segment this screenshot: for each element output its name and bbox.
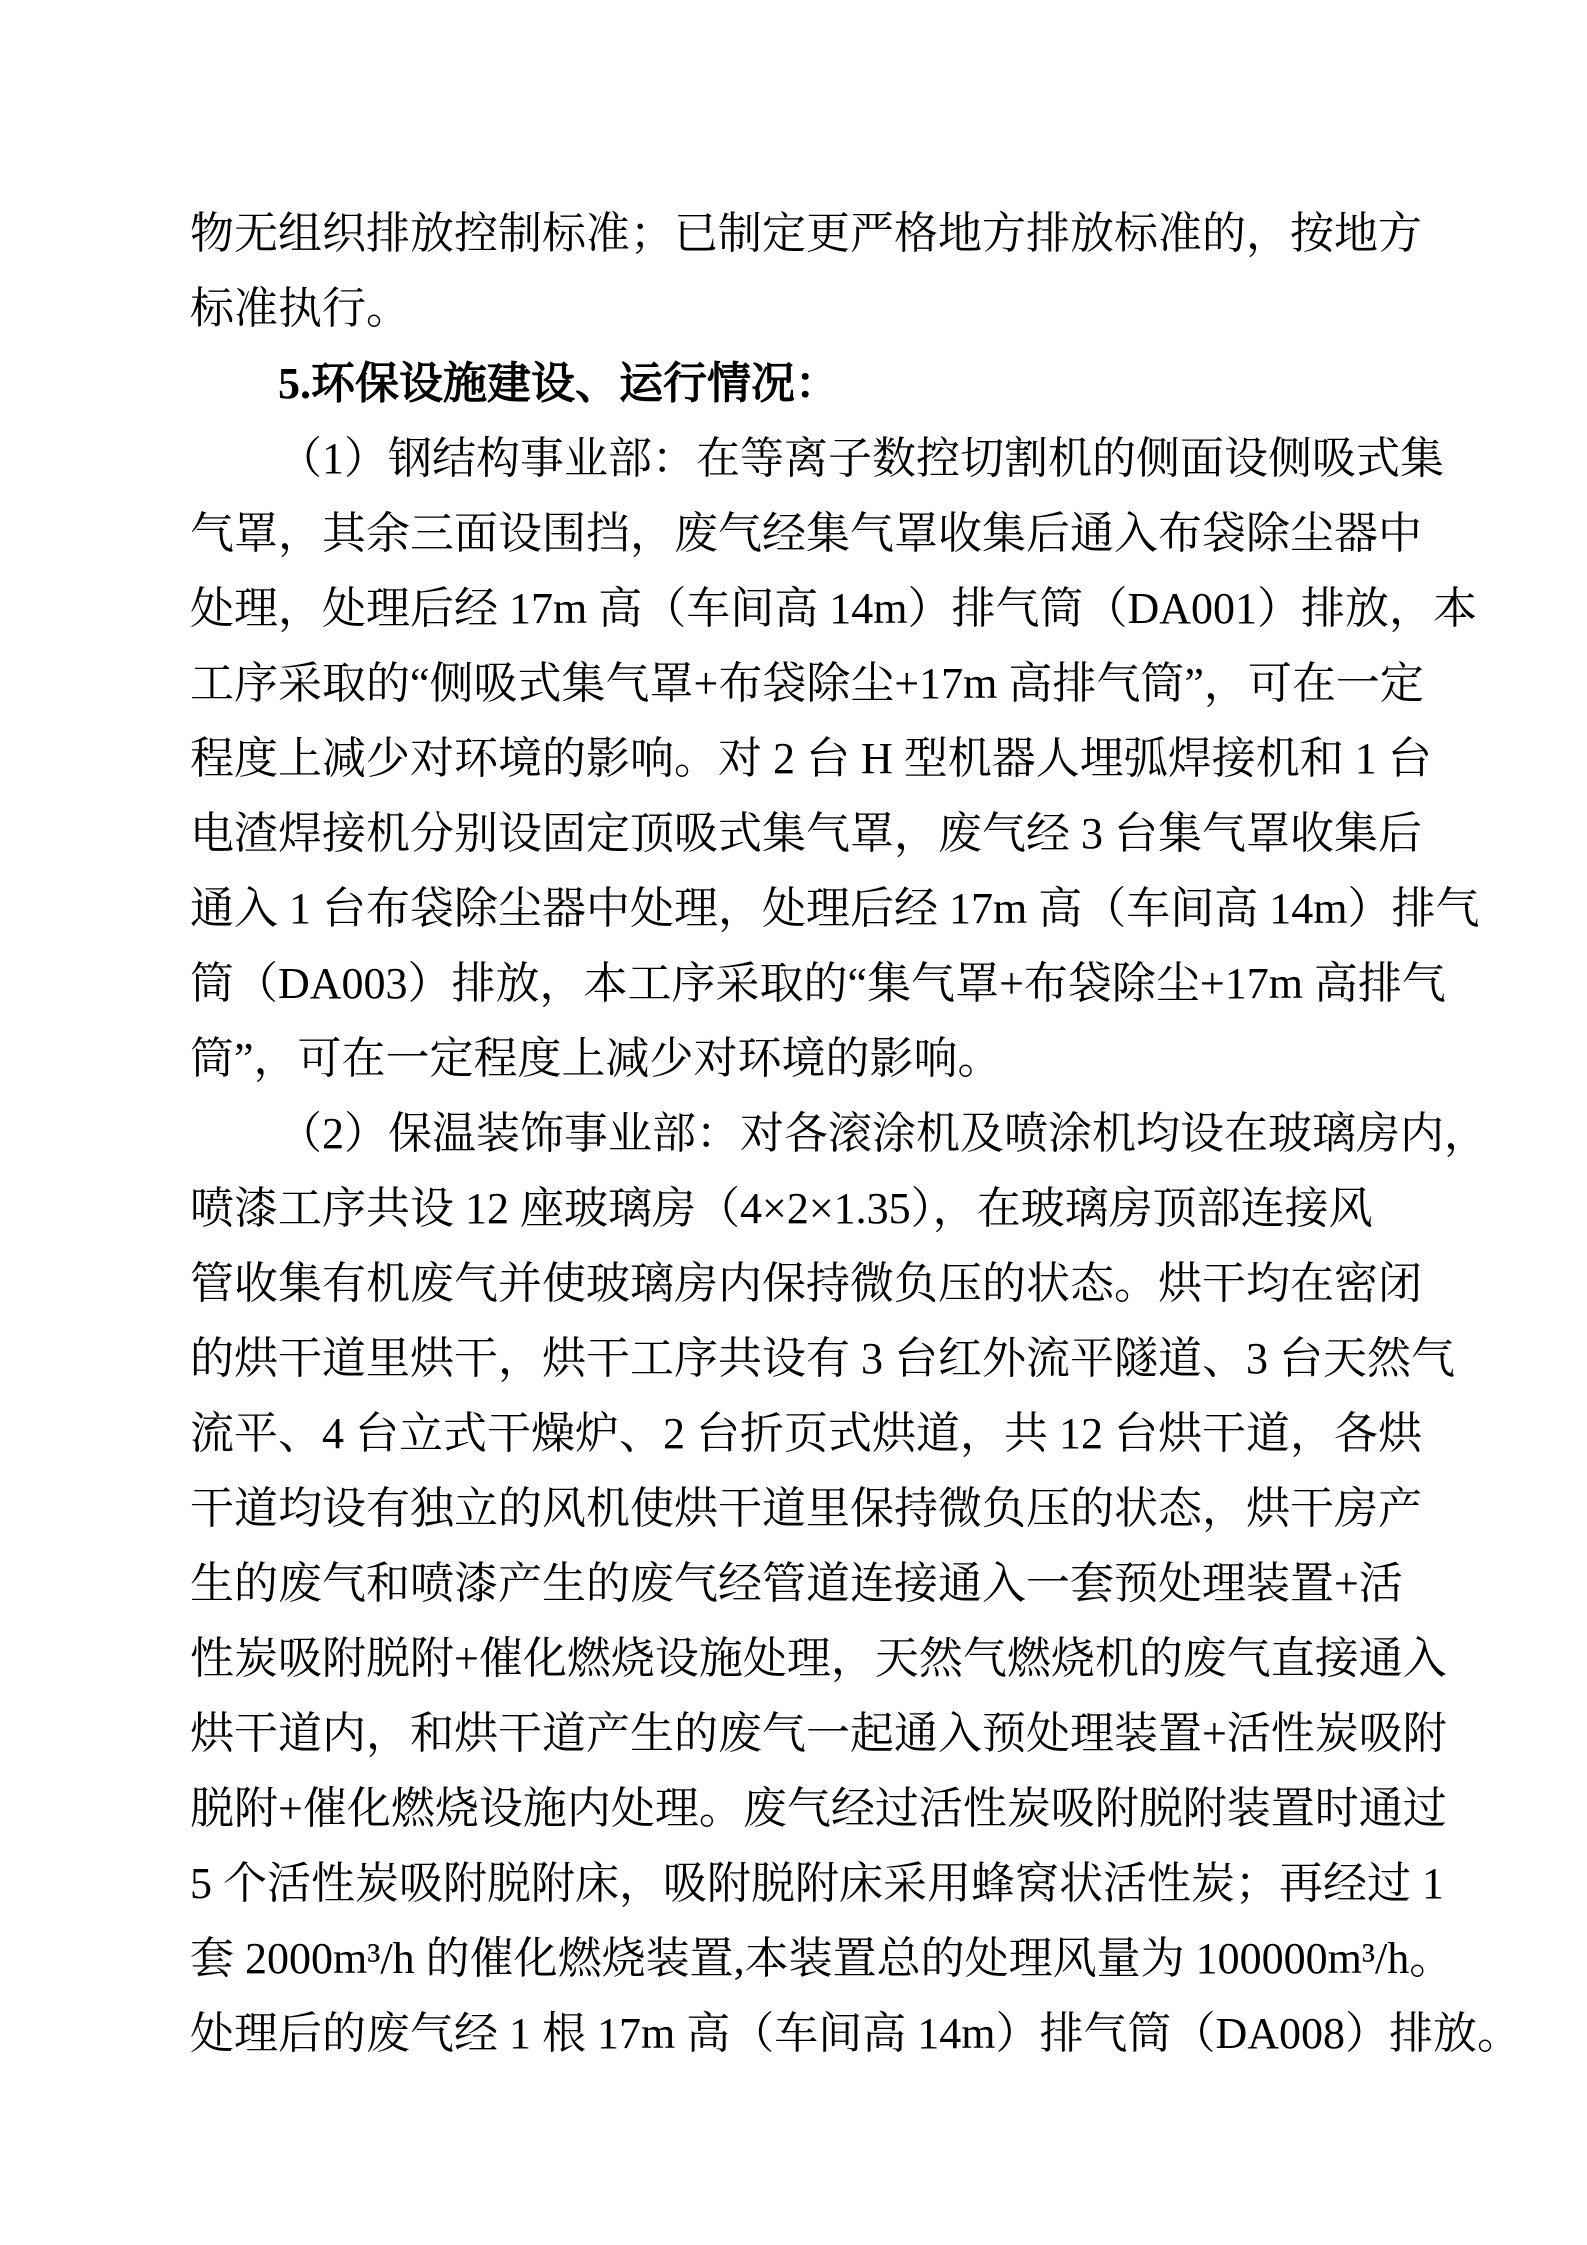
text-line: 套 2000m³/h 的催化燃烧装置,本装置总的处理风量为 100000m³/h… bbox=[190, 1921, 1435, 1996]
text-line: 脱附+催化燃烧设施内处理。废气经过活性炭吸附脱附装置时通过 bbox=[190, 1771, 1435, 1846]
text-line: 工序采取的“侧吸式集气罩+布袋除尘+17m 高排气筒”，可在一定 bbox=[190, 646, 1435, 721]
text-line: 气罩，其余三面设围挡，废气经集气罩收集后通入布袋除尘器中 bbox=[190, 496, 1435, 571]
text-line: 的烘干道里烘干，烘干工序共设有 3 台红外流平隧道、3 台天然气 bbox=[190, 1321, 1435, 1396]
text-line: 标准执行。 bbox=[190, 271, 1435, 346]
text-line: 处理，处理后经 17m 高（车间高 14m）排气筒（DA001）排放，本 bbox=[190, 571, 1435, 646]
text-line: （2）保温装饰事业部：对各滚涂机及喷涂机均设在玻璃房内， bbox=[190, 1096, 1435, 1171]
text-line: 5.环保设施建设、运行情况： bbox=[190, 346, 1435, 421]
text-line: 电渣焊接机分别设固定顶吸式集气罩，废气经 3 台集气罩收集后 bbox=[190, 796, 1435, 871]
text-line: 5 个活性炭吸附脱附床，吸附脱附床采用蜂窝状活性炭；再经过 1 bbox=[190, 1846, 1435, 1921]
text-line: 通入 1 台布袋除尘器中处理，处理后经 17m 高（车间高 14m）排气 bbox=[190, 871, 1435, 946]
text-line: 喷漆工序共设 12 座玻璃房（4×2×1.35），在玻璃房顶部连接风 bbox=[190, 1171, 1435, 1246]
text-line: 筒”，可在一定程度上减少对环境的影响。 bbox=[190, 1021, 1435, 1096]
document-body: 物无组织排放控制标准；已制定更严格地方排放标准的，按地方标准执行。5.环保设施建… bbox=[190, 196, 1435, 2071]
text-line: 烘干道内，和烘干道产生的废气一起通入预处理装置+活性炭吸附 bbox=[190, 1696, 1435, 1771]
text-line: 管收集有机废气并使玻璃房内保持微负压的状态。烘干均在密闭 bbox=[190, 1246, 1435, 1321]
text-line: （1）钢结构事业部：在等离子数控切割机的侧面设侧吸式集 bbox=[190, 421, 1435, 496]
text-line: 流平、4 台立式干燥炉、2 台折页式烘道，共 12 台烘干道，各烘 bbox=[190, 1396, 1435, 1471]
text-line: 物无组织排放控制标准；已制定更严格地方排放标准的，按地方 bbox=[190, 196, 1435, 271]
text-line: 程度上减少对环境的影响。对 2 台 H 型机器人埋弧焊接机和 1 台 bbox=[190, 721, 1435, 796]
document-page: 物无组织排放控制标准；已制定更严格地方排放标准的，按地方标准执行。5.环保设施建… bbox=[0, 0, 1587, 2245]
text-line: 性炭吸附脱附+催化燃烧设施处理，天然气燃烧机的废气直接通入 bbox=[190, 1621, 1435, 1696]
text-line: 筒（DA003）排放，本工序采取的“集气罩+布袋除尘+17m 高排气 bbox=[190, 946, 1435, 1021]
text-line: 生的废气和喷漆产生的废气经管道连接通入一套预处理装置+活 bbox=[190, 1546, 1435, 1621]
text-line: 干道均设有独立的风机使烘干道里保持微负压的状态，烘干房产 bbox=[190, 1471, 1435, 1546]
text-line: 处理后的废气经 1 根 17m 高（车间高 14m）排气筒（DA008）排放。 bbox=[190, 1996, 1435, 2071]
